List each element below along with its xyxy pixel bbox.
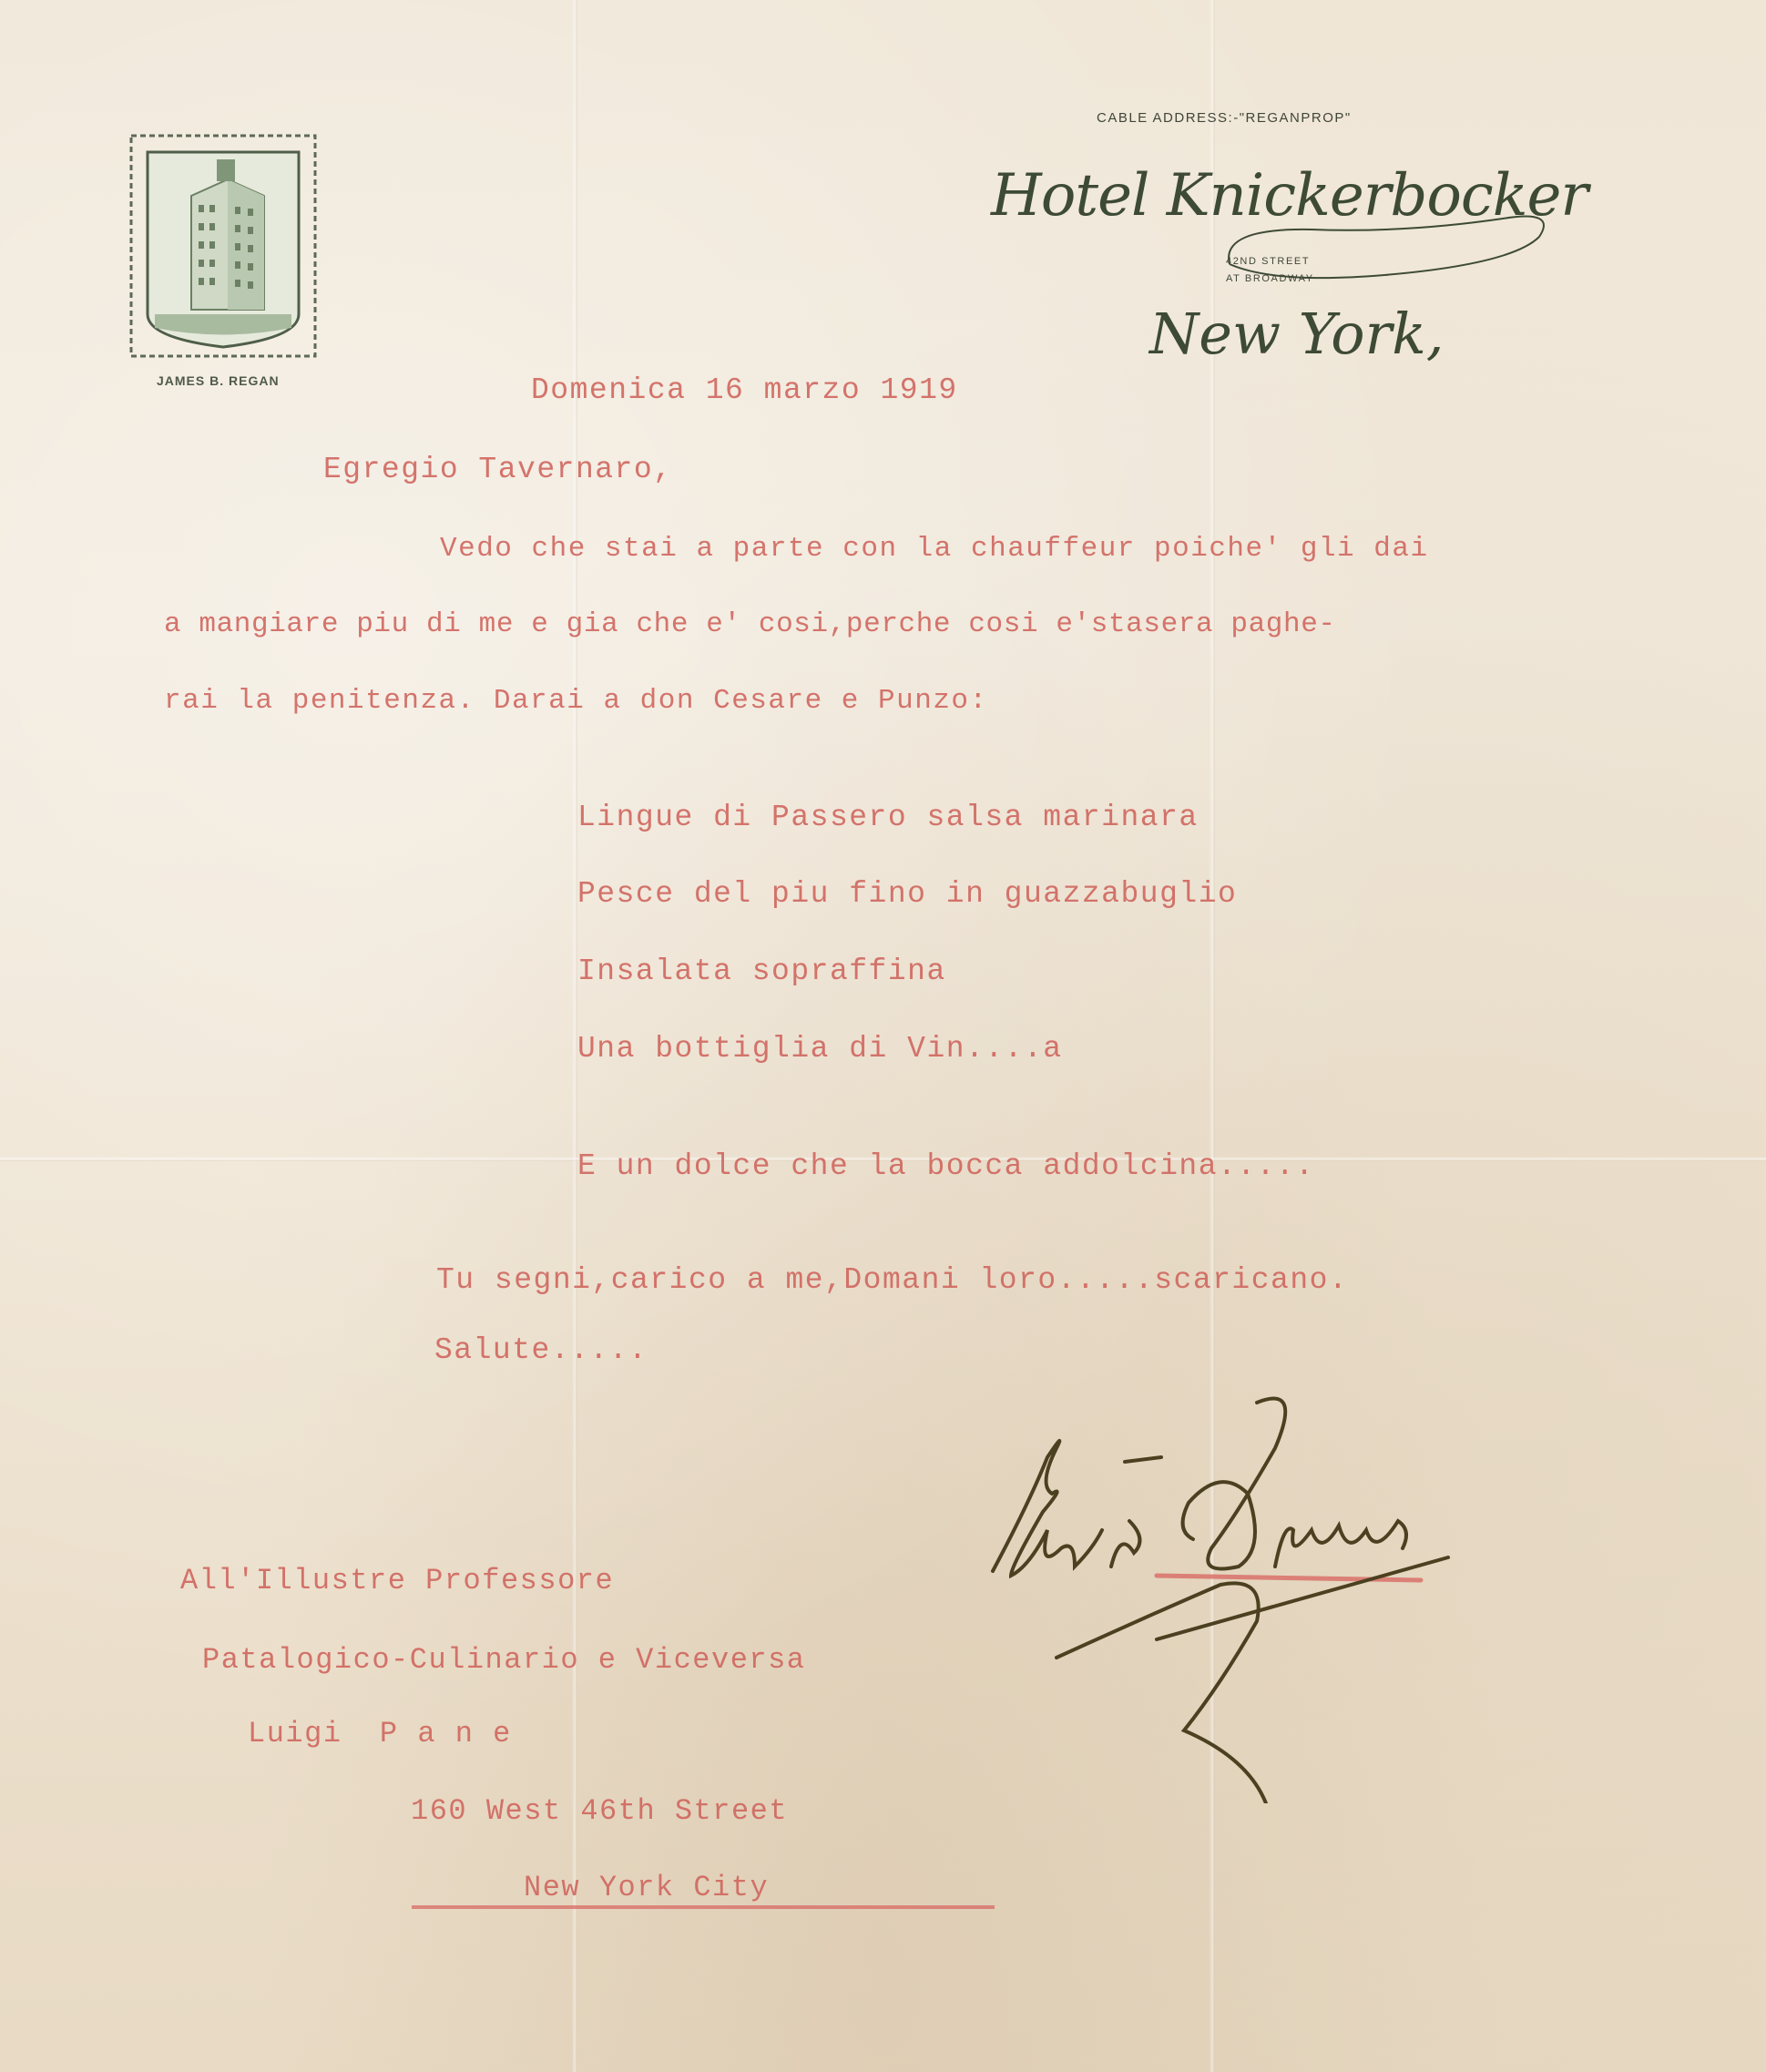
menu-item: Pesce del piu fino in guazzabuglio bbox=[577, 877, 1237, 911]
recipient-name: Luigi P a n e bbox=[248, 1717, 512, 1750]
signature-icon bbox=[975, 1393, 1766, 1803]
street-line-1: 42ND STREET bbox=[1226, 253, 1314, 270]
body-line: rai la penitenza. Darai a don Cesare e P… bbox=[164, 685, 988, 717]
body-line: a mangiare piu di me e gia che e' cosi,p… bbox=[164, 608, 1336, 640]
address-underline bbox=[412, 1905, 995, 1909]
closing-line: Tu segni,carico a me,Domani loro.....sca… bbox=[436, 1263, 1348, 1297]
cable-address: CABLE ADDRESS:-"REGANPROP" bbox=[1097, 110, 1352, 126]
address-line: 160 West 46th Street bbox=[411, 1794, 788, 1828]
hotel-building-icon bbox=[128, 132, 319, 360]
menu-item: Una bottiglia di Vin....a bbox=[577, 1032, 1063, 1066]
menu-item: Insalata sopraffina bbox=[577, 954, 946, 988]
salutation: Egregio Tavernaro, bbox=[323, 453, 672, 486]
proprietor-name: JAMES B. REGAN bbox=[157, 373, 280, 388]
letter-date: Domenica 16 marzo 1919 bbox=[531, 373, 958, 407]
city-name: New York, bbox=[1149, 301, 1444, 367]
body-line: Vedo che stai a parte con la chauffeur p… bbox=[440, 533, 1429, 565]
street-line-2: AT BROADWAY bbox=[1226, 270, 1314, 288]
address-line: All'Illustre Professore bbox=[180, 1564, 614, 1597]
menu-item: Lingue di Passero salsa marinara bbox=[577, 801, 1199, 834]
address-line: Patalogico-Culinario e Viceversa bbox=[202, 1643, 806, 1677]
address-city: New York City bbox=[524, 1871, 769, 1904]
dessert-line: E un dolce che la bocca addolcina..... bbox=[577, 1149, 1315, 1183]
street-address: 42ND STREET AT BROADWAY bbox=[1226, 253, 1314, 288]
farewell: Salute..... bbox=[434, 1333, 648, 1367]
